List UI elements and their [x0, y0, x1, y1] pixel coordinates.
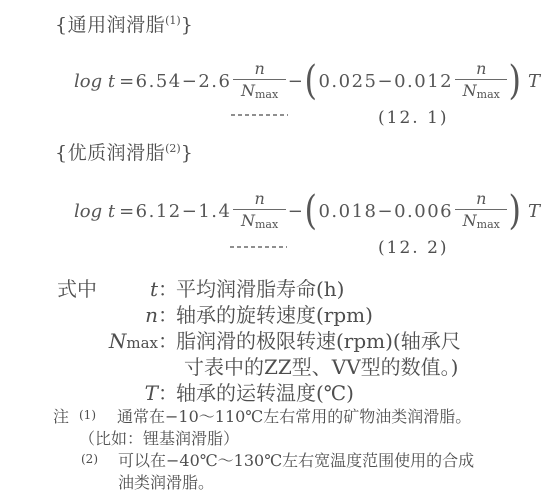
temperature-variable: T [528, 201, 540, 222]
footnote-1-line2: （比如：锂基润滑脂） [79, 428, 239, 450]
footnote-2-line2: 油类润滑脂。 [118, 472, 214, 494]
heading-general-grease: {通用润滑脂(1)} [55, 13, 193, 40]
colon: ： [158, 380, 176, 406]
fraction-numerator: n [233, 61, 285, 81]
colon: ： [158, 276, 176, 302]
definition-row-nmax: Nmax ： 脂润滑的极限转速(rpm)(轴承尺 寸表中的ZZ型、VV型的数值。… [0, 328, 550, 380]
footnote-2-line1: 可以在−40℃～130℃左右宽温度范围使用的合成 [118, 450, 474, 472]
footnote-marker-1: (1) [79, 404, 96, 426]
definition-text: 轴承的运转温度(℃) [176, 380, 354, 406]
formula-general-grease: log t =6.54−2.6 n Nmax − ( 0.025−0.012 n… [74, 56, 540, 106]
fraction-denominator: Nmax [463, 80, 500, 101]
symbol-t: t [0, 276, 158, 302]
symbol-definition-list: t ： 平均润滑脂寿命(h) n ： 轴承的旋转速度(rpm) Nmax ： 脂… [0, 276, 550, 406]
formula-lhs: log t [74, 201, 115, 222]
minus-operator: − [288, 71, 303, 92]
fraction-n-over-nmax: n Nmax [233, 191, 285, 232]
equation-number-12-2: (12. 2) [378, 238, 449, 258]
fraction-denominator: Nmax [241, 80, 278, 101]
fraction-n-over-nmax: n Nmax [455, 61, 507, 102]
heading-footnote-ref: (1) [165, 14, 181, 27]
definition-text-line2: 寸表中的ZZ型、VV型的数值。) [176, 354, 461, 380]
equation-number-12-1: (12. 1) [378, 108, 449, 128]
formula-inner-coefficients: 0.018−0.006 [318, 201, 453, 222]
fraction-denominator: Nmax [241, 210, 278, 231]
fraction-n-over-nmax: n Nmax [455, 191, 507, 232]
close-parenthesis: ) [509, 64, 521, 98]
notes-label: 注 [53, 406, 69, 428]
symbol-nmax: Nmax [0, 328, 158, 380]
heading-open-brace: { [55, 14, 68, 36]
footnote-1-line1: 通常在−10～110℃左右常用的矿物油类润滑脂。 [117, 406, 471, 428]
definition-text: 轴承的旋转速度(rpm) [176, 302, 373, 328]
fraction-numerator: n [233, 191, 285, 211]
definition-row-n: n ： 轴承的旋转速度(rpm) [0, 302, 550, 328]
heading-close-brace: } [181, 14, 194, 36]
open-parenthesis: ( [304, 64, 316, 98]
definition-row-t: t ： 平均润滑脂寿命(h) [0, 276, 550, 302]
formula-coefficients: =6.12−1.4 [119, 201, 231, 222]
fraction-numerator: n [455, 61, 507, 81]
definition-row-T: T ： 轴承的运转温度(℃) [0, 380, 550, 406]
open-parenthesis: ( [304, 194, 316, 228]
close-parenthesis: ) [509, 194, 521, 228]
definition-text: 平均润滑脂寿命(h) [176, 276, 345, 302]
dashed-leader-line [230, 246, 287, 248]
formula-inner-coefficients: 0.025−0.012 [318, 71, 453, 92]
fraction-numerator: n [455, 191, 507, 211]
heading-title: 通用润滑脂 [68, 14, 166, 36]
minus-operator: − [288, 201, 303, 222]
dashed-leader-line [231, 114, 288, 116]
heading-footnote-ref: (2) [165, 142, 181, 155]
fraction-n-over-nmax: n Nmax [233, 61, 285, 102]
symbol-T: T [0, 380, 158, 406]
formula-coefficients: =6.54−2.6 [119, 71, 231, 92]
formula-lhs: log t [74, 71, 115, 92]
heading-premium-grease: {优质润滑脂(2)} [55, 141, 193, 168]
heading-open-brace: { [55, 142, 68, 164]
document-page: {通用润滑脂(1)} log t =6.54−2.6 n Nmax − ( 0.… [0, 0, 550, 497]
footnote-marker-2: (2) [81, 448, 98, 470]
definition-text: 脂润滑的极限转速(rpm)(轴承尺 寸表中的ZZ型、VV型的数值。) [176, 328, 461, 380]
heading-title: 优质润滑脂 [68, 142, 166, 164]
heading-close-brace: } [181, 142, 194, 164]
formula-premium-grease: log t =6.12−1.4 n Nmax − ( 0.018−0.006 n… [74, 186, 540, 236]
definition-text-line1: 脂润滑的极限转速(rpm)(轴承尺 [176, 328, 461, 354]
colon: ： [158, 302, 176, 328]
symbol-n: n [0, 302, 158, 328]
fraction-denominator: Nmax [463, 210, 500, 231]
colon: ： [158, 328, 176, 380]
temperature-variable: T [528, 71, 540, 92]
